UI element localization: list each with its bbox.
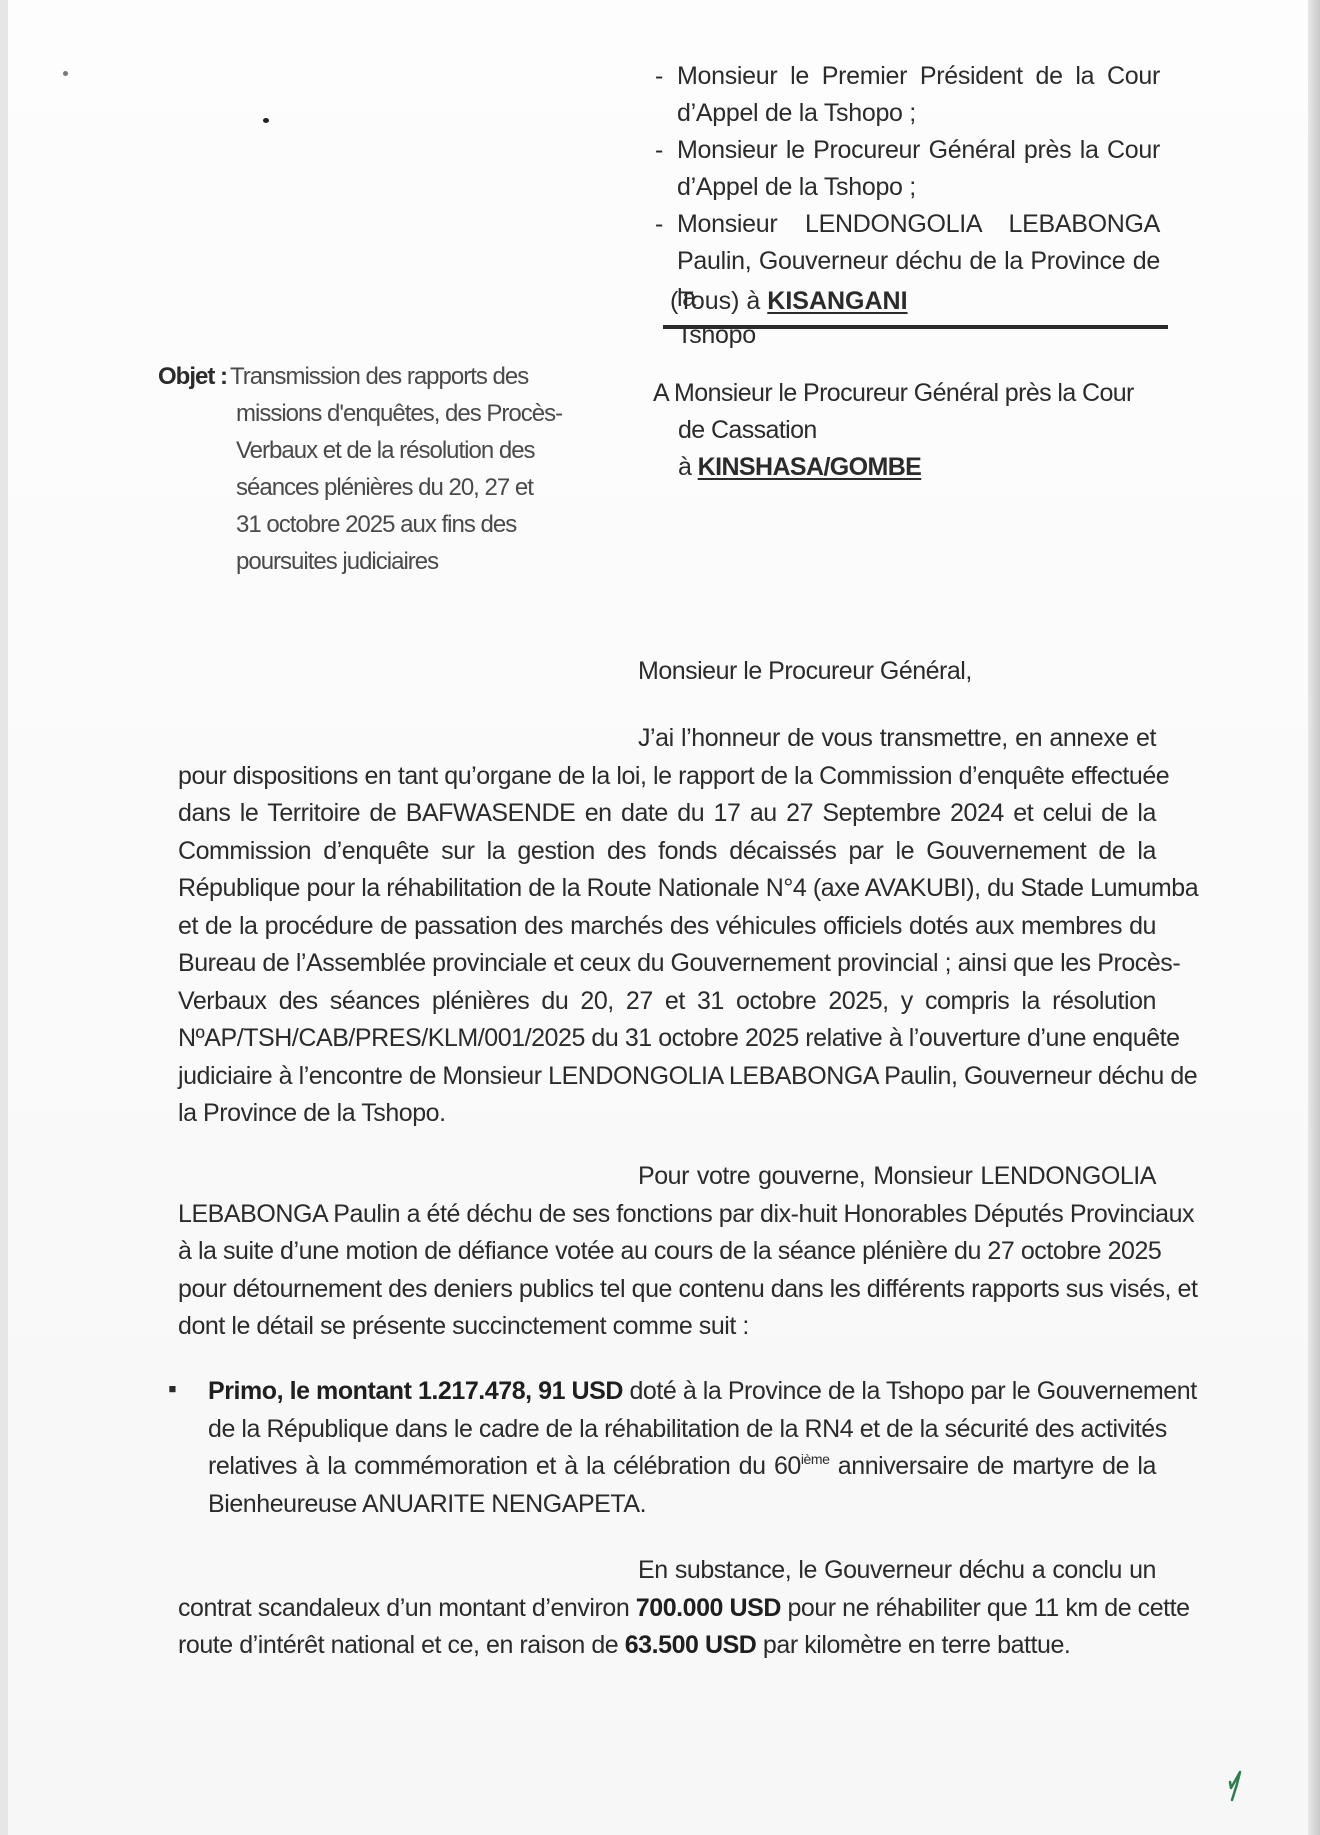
- paragraph-line: judiciaire à l’encontre de Monsieur LEND…: [178, 1058, 1156, 1096]
- subject-line: poursuites judiciaires: [236, 543, 566, 580]
- text-run: contrat scandaleux d’un montant d’enviro…: [178, 1594, 636, 1622]
- dash-bullet: -: [655, 132, 663, 169]
- addressee-line: de Cassation: [653, 412, 1134, 449]
- handwritten-initial-icon: [1226, 1764, 1246, 1804]
- paragraph-line: à la suite d’une motion de défiance voté…: [178, 1233, 1156, 1271]
- paragraph-line: Commission d’enquête sur la gestion des …: [178, 833, 1156, 871]
- paragraph-line: Bienheureuse ANUARITE NENGAPETA.: [208, 1486, 1156, 1524]
- recipient-line: Tshopo: [677, 317, 1160, 354]
- scan-edge-left: [0, 0, 8, 1835]
- ordinal-suffix: ième: [801, 1451, 830, 1467]
- primo-text: doté à la Province de la Tshopo par le G…: [623, 1377, 1197, 1405]
- subject-block: Objet : Transmission des rapports des mi…: [158, 358, 227, 395]
- text-run: relatives à la commémoration et à la cél…: [208, 1452, 801, 1480]
- subject-label: Objet :: [158, 363, 227, 390]
- recipient-item: - Monsieur le Procureur Général près la …: [655, 132, 1160, 206]
- paragraph-line: Verbaux des séances plénières du 20, 27 …: [178, 983, 1156, 1021]
- subject-line: Transmission des rapports des: [230, 358, 566, 395]
- subject-line: Verbaux et de la résolution des: [236, 432, 566, 469]
- paragraph-line: pour dispositions en tant qu’organe de l…: [178, 758, 1156, 796]
- dash-bullet: -: [655, 206, 663, 243]
- text-run: par kilomètre en terre battue.: [756, 1631, 1070, 1659]
- recipient-item: - Monsieur LENDONGOLIA LEBABONGA Paulin,…: [655, 206, 1160, 354]
- contract-amount: 700.000 USD: [636, 1594, 781, 1622]
- scan-edge-right: [1308, 0, 1320, 1835]
- text-run: anniversaire de martyre de la: [829, 1452, 1156, 1480]
- addressee-city: KINSHASA/GOMBE: [698, 453, 922, 481]
- paragraph-line: Pour votre gouverne, Monsieur LENDONGOLI…: [178, 1158, 1156, 1196]
- paragraph-substance: En substance, le Gouverneur déchu a conc…: [178, 1552, 1156, 1665]
- addressee-city-line: à KINSHASA/GOMBE: [653, 449, 1134, 486]
- scan-speck: [63, 71, 68, 76]
- paragraph-line: Bureau de l’Assemblée provinciale et ceu…: [178, 945, 1156, 983]
- text-run: pour ne réhabiliter que 11 km de cette: [781, 1594, 1190, 1622]
- paragraph-line: la Province de la Tshopo.: [178, 1095, 1156, 1133]
- recipient-line: Monsieur le Procureur Général près la Co…: [677, 132, 1160, 169]
- salutation: Monsieur le Procureur Général,: [638, 657, 972, 686]
- paragraph-line: et de la procédure de passation des marc…: [178, 908, 1156, 946]
- addressee-prefix: à: [678, 453, 691, 481]
- paragraph-line: de la République dans le cadre de la réh…: [208, 1411, 1156, 1449]
- tous-prefix: (Tous) à: [670, 287, 760, 315]
- paragraph-line: relatives à la commémoration et à la cél…: [208, 1448, 1156, 1486]
- paragraph-line: NºAP/TSH/CAB/PRES/KLM/001/2025 du 31 oct…: [178, 1020, 1156, 1058]
- tous-city: KISANGANI: [767, 287, 907, 315]
- recipient-line: d’Appel de la Tshopo ;: [677, 169, 1160, 206]
- addressee-block: A Monsieur le Procureur Général près la …: [653, 375, 1134, 486]
- paragraph-line: En substance, le Gouverneur déchu a conc…: [178, 1552, 1156, 1590]
- paragraph-context: Pour votre gouverne, Monsieur LENDONGOLI…: [178, 1158, 1156, 1346]
- recipient-line: Monsieur le Premier Président de la Cour: [677, 58, 1160, 95]
- subject-line: missions d'enquêtes, des Procès-: [236, 395, 566, 432]
- paragraph-line: LEBABONGA Paulin a été déchu de ses fonc…: [178, 1196, 1156, 1234]
- scan-speck: [263, 118, 269, 123]
- recipient-line: Monsieur LENDONGOLIA LEBABONGA: [677, 206, 1160, 243]
- recipients-list: - Monsieur le Premier Président de la Co…: [655, 58, 1160, 354]
- recipient-item: - Monsieur le Premier Président de la Co…: [655, 58, 1160, 132]
- primo-amount: Primo, le montant 1.217.478, 91 USD: [208, 1377, 623, 1405]
- paragraph-line: dans le Territoire de BAFWASENDE en date…: [178, 795, 1156, 833]
- subject-text: Transmission des rapports des missions d…: [236, 358, 566, 580]
- dash-bullet: -: [655, 58, 663, 95]
- per-km-amount: 63.500 USD: [625, 1631, 757, 1659]
- paragraph-line: pour détournement des deniers publics te…: [178, 1271, 1156, 1309]
- paragraph-line: contrat scandaleux d’un montant d’enviro…: [178, 1590, 1156, 1628]
- paragraph-line: dont le détail se présente succinctement…: [178, 1308, 1156, 1346]
- subject-line: 31 octobre 2025 aux fins des: [236, 506, 566, 543]
- square-bullet-icon: ▪: [168, 1375, 177, 1404]
- paragraph-primo: Primo, le montant 1.217.478, 91 USD doté…: [208, 1373, 1156, 1523]
- paragraph-line: République pour la réhabilitation de la …: [178, 870, 1156, 908]
- paragraph-line: J’ai l’honneur de vous transmettre, en a…: [178, 720, 1156, 758]
- subject-line: séances plénières du 20, 27 et: [236, 469, 566, 506]
- horizontal-rule: [663, 325, 1168, 329]
- text-run: route d’intérêt national et ce, en raiso…: [178, 1631, 625, 1659]
- recipient-line: d’Appel de la Tshopo ;: [677, 95, 1160, 132]
- addressee-line: A Monsieur le Procureur Général près la …: [653, 375, 1134, 412]
- paragraph-line: Primo, le montant 1.217.478, 91 USD doté…: [208, 1373, 1156, 1411]
- paragraph-transmission: J’ai l’honneur de vous transmettre, en a…: [178, 720, 1156, 1133]
- paragraph-line: route d’intérêt national et ce, en raiso…: [178, 1627, 1156, 1665]
- recipients-location: (Tous) à KISANGANI: [670, 283, 908, 320]
